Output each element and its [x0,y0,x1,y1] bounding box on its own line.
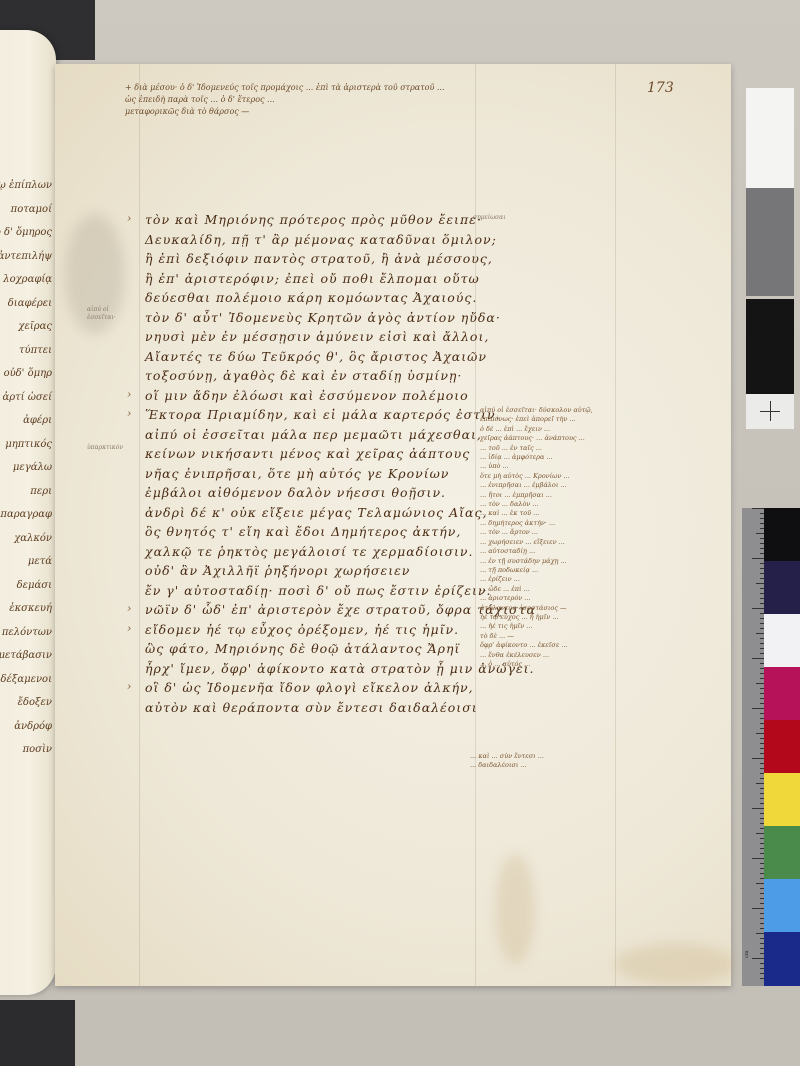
scholion-line: αἰπύ οἱ ἐσσεῖται· δύσκολον αὐτῷ, [480,406,625,415]
scholia-column: αἰπύ οἱ ἐσσεῖται· δύσκολον αὐτῷ,ἐπιπόνως… [480,406,625,669]
gray-patch-black [746,299,794,394]
scholion-line: ... ἐν τῇ συστάδην μάχῃ ... [480,557,625,566]
facing-page-line: λοχραφίᾳ [3,274,52,285]
ruler-tick [756,733,764,734]
text-line-content: οἳ δ' ὡς Ἰδομενῆα ἴδον φλογὶ εἴκελον ἀλκ… [145,680,474,695]
scholion-line: μεταφορικῶς διὰ τὸ θάρσος — [125,106,645,118]
facing-page-line: χαλκόν [14,533,52,544]
text-line-content: νηυσὶ μὲν ἐν μέσσῃσιν ἀμύνειν εἰσὶ καὶ ἄ… [145,329,489,344]
facing-page-line: μετάβασιν [0,650,52,661]
facing-page-line: ὁ δ' ὅμηρος [0,227,52,238]
facing-page-line: διαφέρει [8,298,52,309]
text-line-content: νῶϊν δ' ὧδ' ἐπ' ἀριστερὸν ἔχε στρατοῦ, ὄ… [145,602,536,617]
facing-page-line: ποταμοί [11,204,52,215]
text-line-content: ὃς θνητός τ' εἴη καὶ ἔδοι Δημήτερος ἀκτή… [145,524,461,539]
water-stain [495,854,535,964]
edge-stain [615,944,735,984]
text-line: ›νῶϊν δ' ὧδ' ἐπ' ἀριστερὸν ἔχε στρατοῦ, … [145,602,485,622]
diple-mark: › [127,388,132,401]
text-line-content: χαλκῷ τε ῥηκτὸς μεγάλοισί τε χερμαδίοισι… [145,544,474,559]
diple-mark: › [127,602,132,615]
scholion-line: ... τὸν ... ἄρτον ... [480,528,625,537]
ruler-tick [752,758,764,759]
text-line: οὐδ' ἂν Ἀχιλλῆϊ ῥηξήνορι χωρήσειεν [145,563,485,583]
text-line: ἔν γ' αὐτοσταδίῃ· ποσὶ δ' οὔ πως ἔστιν ἐ… [145,583,485,603]
scholion-line: ... καὶ ... σὺν ἔντεσι ... [470,752,630,761]
gray-patch-white [746,88,794,188]
scholion-line: ὡς ἐπειδὴ παρὰ τοῖς ... ὁ δ' ἕτερος ... [125,94,645,106]
facing-page: τρόπῳ ἐπίπλωνποταμοίὁ δ' ὅμηροςἀντεπιλήψ… [0,30,56,995]
scholion-line: ... χωρήσειεν ... εἴξειεν ... [480,538,625,547]
scholion-line: ... ὑπὸ ... [480,462,625,471]
text-line: ἢ ἐπὶ δεξιόφιν παντὸς στρατοῦ, ἢ ἀνὰ μέσ… [145,251,485,271]
text-line-content: οὐδ' ἂν Ἀχιλλῆϊ ῥηξήνορι χωρήσειεν [145,563,410,578]
color-patch-magenta [764,667,800,720]
diple-mark: › [127,212,132,225]
text-line: ὃς θνητός τ' εἴη καὶ ἔδοι Δημήτερος ἀκτή… [145,524,485,544]
text-line-content: εἴδομεν ἠέ τῳ εὖχος ὀρέξομεν, ἠέ τις ἡμῖ… [145,622,459,637]
scholion-line: ἠέ τῳ εὖχος ... ἢ ἡμῖν ... [480,613,625,622]
facing-page-line: ἐκσκευή [9,603,52,614]
text-line-content: ἔν γ' αὐτοσταδίῃ· ποσὶ δ' οὔ πως ἔστιν ἐ… [145,583,492,598]
scholion-line: ... ἔνθα ἐκέλευσεν ... [480,651,625,660]
facing-page-line: ἀφέρι [23,415,52,426]
text-line-content: Δευκαλίδη, πῇ τ' ἂρ μέμονας καταδῦναι ὅμ… [145,232,497,247]
ruler-tick [752,808,764,809]
text-line: ἢ ἐπ' ἀριστερόφιν; ἐπεὶ οὔ ποθι ἔλπομαι … [145,271,485,291]
ruler-tick [752,908,764,909]
scholion-line: ... τοῦ ... ἐν ταῖς ... [480,444,625,453]
facing-page-line: ἀνδρόφ [14,721,52,732]
color-target: cm [742,508,800,986]
text-line-content: ἦρχ' ἴμεν, ὄφρ' ἀφίκοντο κατὰ στρατὸν ᾗ … [145,661,535,676]
ruler-tick [756,883,764,884]
facing-page-line: μετά [28,556,52,567]
scholion-line: ... ὁ ... αὐτός ... [480,660,625,669]
diple-mark: › [127,622,132,635]
main-text-column: ›τὸν καὶ Μηριόνης πρότερος πρὸς μῦθον ἔε… [145,212,485,719]
scholion-line: ... αὐτοσταδίῃ ... [480,547,625,556]
color-patch-blue [764,932,800,986]
dark-backing-bottom [0,1000,75,1066]
text-line-content: ἢ ἐπ' ἀριστερόφιν; ἐπεὶ οὔ ποθι ἔλπομαι … [145,271,480,286]
left-margin-note: αἰπύ οἱ ἐσσεῖται· [87,306,137,322]
text-line: τοξοσύνῃ, ἀγαθὸς δὲ καὶ ἐν σταδίῃ ὑσμίνῃ… [145,368,485,388]
text-line: Δευκαλίδη, πῇ τ' ἂρ μέμονας καταδῦναι ὅμ… [145,232,485,252]
ruler-tick [756,583,764,584]
text-line-content: δεύεσθαι πολέμοιο κάρη κομόωντας Ἀχαιούς… [145,290,477,305]
facing-page-line: ἀντεπιλήψ [0,251,52,262]
color-patch-cyan-blue [764,879,800,932]
text-line-content: ἀνδρὶ δέ κ' οὐκ εἴξειε μέγας Τελαμώνιος … [145,505,487,520]
color-patch-green [764,826,800,879]
text-line: χαλκῷ τε ῥηκτὸς μεγάλοισί τε χερμαδίοισι… [145,544,485,564]
scholion-line: ... ὧδε ... ἐπὶ ... [480,585,625,594]
text-line: ›Ἕκτορα Πριαμίδην, καὶ εἰ μάλα καρτερός … [145,407,485,427]
facing-page-line: δέξαμενοι [0,674,52,685]
text-line: ἀνδρὶ δέ κ' οὐκ εἴξειε μέγας Τελαμώνιος … [145,505,485,525]
ruler-tick [752,708,764,709]
ruler: cm [742,508,765,986]
ruler-unit-label: cm [744,950,750,958]
scholion-line: τὸ δὲ ... — [480,632,625,641]
folio-number: 173 [647,80,674,96]
text-line: ἦρχ' ἴμεν, ὄφρ' ἀφίκοντο κατὰ στρατὸν ᾗ … [145,661,485,681]
ruler-tick [752,658,764,659]
color-patch-yellow [764,773,800,826]
facing-page-line: οὐδ' ὅμηρ [4,368,52,379]
text-line-content: τὸν δ' αὖτ' Ἰδομενεὺς Κρητῶν ἀγὸς ἀντίον… [145,310,501,325]
text-line: δεύεσθαι πολέμοιο κάρη κομόωντας Ἀχαιούς… [145,290,485,310]
facing-page-line: ἀρτί ὡσεί [2,392,52,403]
text-line-content: ἐμβάλοι αἰθόμενον δαλὸν νήεσσι θοῇσιν. [145,485,446,500]
scholion-line: ... ἐνιπρῆσαι ... ἐμβάλοι ... [480,481,625,490]
gray-patch-gray [746,188,794,296]
header-scholion: + διὰ μέσου· ὁ δ' Ἰδομενεύς τοῖς προμάχο… [125,82,645,118]
scholion-line: ὅτε μὴ αὐτὸς ... Κρονίων ... [480,472,625,481]
text-line: αἰπύ οἱ ἐσσεῖται μάλα περ μεμαῶτι μάχεσθ… [145,427,485,447]
bottom-scholion: ... καὶ ... σὺν ἔντεσι ... ... δαιδαλέοι… [470,752,630,770]
facing-page-line: παραγραφ [0,509,52,520]
facing-page-line: τύπτει [19,345,52,356]
text-line-content: νῆας ἐνιπρῆσαι, ὅτε μὴ αὐτός γε Κρονίων [145,466,449,481]
text-line-content: αἰπύ οἱ ἐσσεῖται μάλα περ μεμαῶτι μάχεσθ… [145,427,482,442]
facing-page-line: τρόπῳ ἐπίπλων [0,180,52,191]
scholion-line: ... ἐρίζειν ... [480,575,625,584]
ruler-tick [756,683,764,684]
ruler-tick [752,608,764,609]
ruler-tick [752,508,764,509]
text-line: τὸν δ' αὖτ' Ἰδομενεὺς Κρητῶν ἀγὸς ἀντίον… [145,310,485,330]
facing-page-line: ποσὶν [23,744,52,755]
ruling-line [139,64,140,986]
scholion-line: ... τῇ ποδωκείᾳ ... [480,566,625,575]
color-patch-white [764,614,800,667]
text-line-content: οἵ μιν ἄδην ἐλόωσι καὶ ἐσσύμενον πολέμοι… [145,388,469,403]
facing-page-line: μεγάλω [13,462,52,473]
scholion-line: ἀτάλαντος· ἰσοστάσιος — [480,604,625,613]
scholion-line: ὁ δὲ ... ἐπὶ ... ἔχειν ... [480,425,625,434]
facing-page-line: μηπτικός [5,439,52,450]
scholion-line: χεῖρας ἀάπτους· ... ἀνάπτους ... [480,434,625,443]
scholion-line: ... ἀριστερόν ... [480,594,625,603]
gray-patch-white-cross [746,394,794,429]
text-line: ›οἵ μιν ἄδην ἐλόωσι καὶ ἐσσύμενον πολέμο… [145,388,485,408]
text-line-content: αὐτὸν καὶ θεράποντα σὺν ἔντεσι δαιδαλέοι… [145,700,478,715]
scholion-line: ... δαιδαλέοισι ... [470,761,630,770]
scholion-line: ... καὶ ... ἐκ τοῦ ... [480,509,625,518]
text-line: κείνων νικήσαντι μένος καὶ χεῖρας ἀάπτου… [145,446,485,466]
scholion-line: ... ἤτοι ... ἐμπρῆσαι ... [480,491,625,500]
text-line: ›οἳ δ' ὡς Ἰδομενῆα ἴδον φλογὶ εἴκελον ἀλ… [145,680,485,700]
facing-page-line: περι [30,486,52,497]
scholion-line: ὄφρ' ἀφίκοντο ... ἐκεῖσε ... [480,641,625,650]
color-patch-black [764,508,800,561]
text-line: αὐτὸν καὶ θεράποντα σὺν ἔντεσι δαιδαλέοι… [145,700,485,720]
text-line-content: Ἕκτορα Πριαμίδην, καὶ εἰ μάλα καρτερός ἐ… [145,407,501,422]
grayscale-target [746,88,794,428]
text-line-content: τοξοσύνῃ, ἀγαθὸς δὲ καὶ ἐν σταδίῃ ὑσμίνῃ… [145,368,462,383]
ruler-tick [756,933,764,934]
scholion-line: ... τὸν ... δαλὸν ... [480,500,625,509]
color-patch-navy [764,561,800,614]
text-line: νηυσὶ μὲν ἐν μέσσῃσιν ἀμύνειν εἰσὶ καὶ ἄ… [145,329,485,349]
facing-page-line: χεῖρας [18,321,52,332]
color-patch-red [764,720,800,773]
left-margin-note: ὑπαρκτικόν [87,444,137,452]
text-line-content: ἢ ἐπὶ δεξιόφιν παντὸς στρατοῦ, ἢ ἀνὰ μέσ… [145,251,493,266]
ruler-tick [752,858,764,859]
ruler-tick [756,833,764,834]
text-line: νῆας ἐνιπρῆσαι, ὅτε μὴ αὐτός γε Κρονίων [145,466,485,486]
scholion-line: ... δημήτερος ἀκτήν· ... [480,519,625,528]
text-line: ›τὸν καὶ Μηριόνης πρότερος πρὸς μῦθον ἔε… [145,212,485,232]
manuscript-folio: + διὰ μέσου· ὁ δ' Ἰδομενεύς τοῖς προμάχο… [55,64,731,986]
text-line: ὣς φάτο, Μηριόνης δὲ θοῷ ἀτάλαντος Ἄρηϊ [145,641,485,661]
text-line: ›εἴδομεν ἠέ τῳ εὖχος ὀρέξομεν, ἠέ τις ἡμ… [145,622,485,642]
ruler-tick [756,783,764,784]
text-line: Αἴαντές τε δύω Τεῦκρός θ', ὃς ἄριστος Ἀχ… [145,349,485,369]
text-line-content: κείνων νικήσαντι μένος καὶ χεῖρας ἀάπτου… [145,446,470,461]
scholion-line: + διὰ μέσου· ὁ δ' Ἰδομενεύς τοῖς προμάχο… [125,82,645,94]
text-line: ἐμβάλοι αἰθόμενον δαλὸν νήεσσι θοῇσιν. [145,485,485,505]
facing-page-line: ἔδοξεν [18,697,52,708]
text-line-content: ὣς φάτο, Μηριόνης δὲ θοῷ ἀτάλαντος Ἄρηϊ [145,641,460,656]
text-line-content: τὸν καὶ Μηριόνης πρότερος πρὸς μῦθον ἔει… [145,212,482,227]
facing-page-line: δεμάσι [17,580,52,591]
crosshair-icon [770,401,771,421]
facing-page-line: πελόντων [2,627,52,638]
scholion-line: ... ἠέ τις ἡμῖν ... [480,622,625,631]
ruler-tick [756,533,764,534]
ruler-tick [752,958,764,959]
diple-mark: › [127,680,132,693]
scholion-line: ἐπιπόνως· ἐπεὶ ἀπορεῖ τὴν ... [480,415,625,424]
scholion-line: ... ἰδίᾳ ... ἀμφότερα ... [480,453,625,462]
ruler-tick [756,633,764,634]
text-line-content: Αἴαντές τε δύω Τεῦκρός θ', ὃς ἄριστος Ἀχ… [145,349,487,364]
diple-mark: › [127,407,132,420]
ruler-tick [752,558,764,559]
